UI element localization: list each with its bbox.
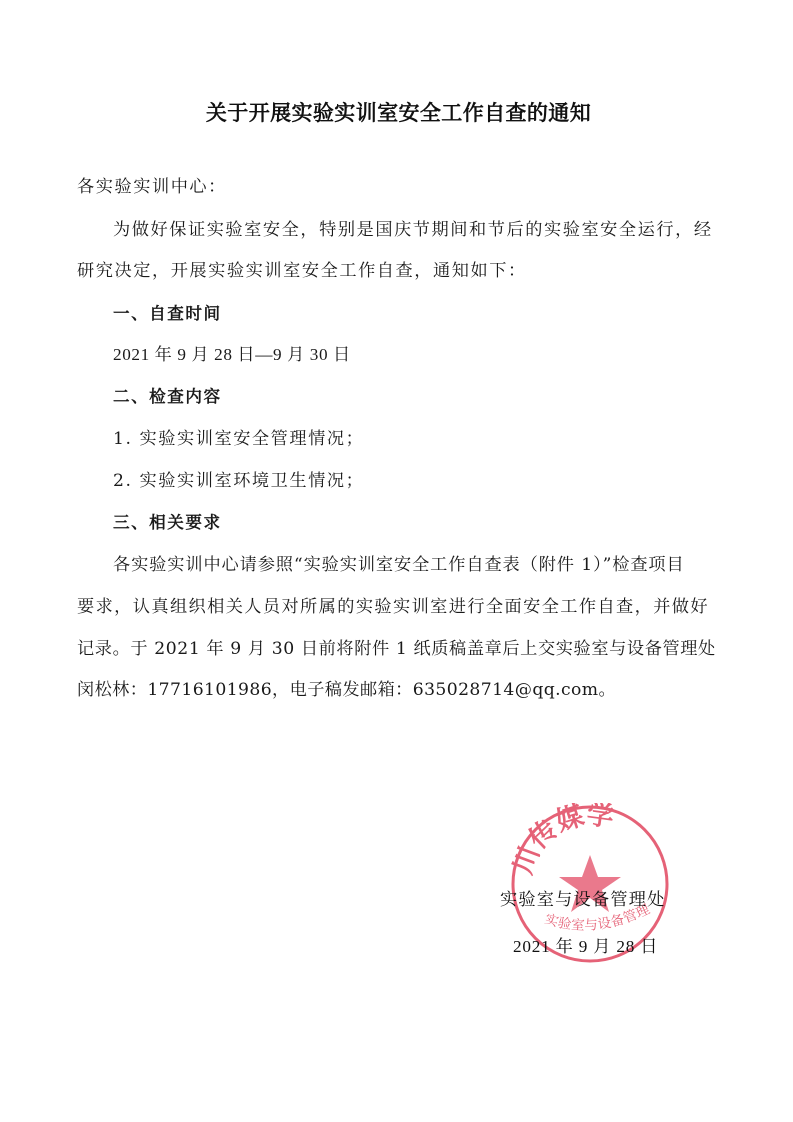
- inspection-date-range: 2021 年 9 月 28 日—9 月 30 日: [113, 344, 351, 366]
- intro-line-2: 研究决定，开展实验实训室安全工作自查，通知如下：: [77, 260, 527, 282]
- content-item-2: 2. 实验实训室环境卫生情况；: [113, 470, 364, 492]
- intro-line-1: 为做好保证实验室安全，特别是国庆节期间和节后的实验室安全运行，经: [113, 219, 713, 241]
- document-title: 关于开展实验实训室安全工作自查的通知: [0, 97, 793, 127]
- section-heading-time: 一、自查时间: [113, 303, 222, 325]
- section-heading-requirements: 三、相关要求: [113, 512, 222, 534]
- salutation: 各实验实训中心：: [77, 176, 227, 198]
- section-heading-content: 二、检查内容: [113, 386, 222, 408]
- contact-line: 闵松林：17716101986，电子稿发邮箱：635028714@qq.com。: [77, 679, 616, 701]
- signature-department: 实验室与设备管理处: [500, 885, 666, 910]
- requirements-line-3: 记录。于 2021 年 9 月 30 日前将附件 1 纸质稿盖章后上交实验室与设…: [77, 638, 716, 660]
- document-page: 关于开展实验实训室安全工作自查的通知 各实验实训中心： 为做好保证实验室安全，特…: [0, 0, 793, 1122]
- signature-date: 2021 年 9 月 28 日: [513, 932, 658, 957]
- content-item-1: 1. 实验实训室安全管理情况；: [113, 428, 364, 450]
- requirements-line-2: 要求，认真组织相关人员对所属的实验实训室进行全面安全工作自查，并做好: [77, 596, 709, 618]
- requirements-line-1: 各实验实训中心请参照“实验实训室安全工作自查表（附件 1）”检查项目: [113, 554, 685, 576]
